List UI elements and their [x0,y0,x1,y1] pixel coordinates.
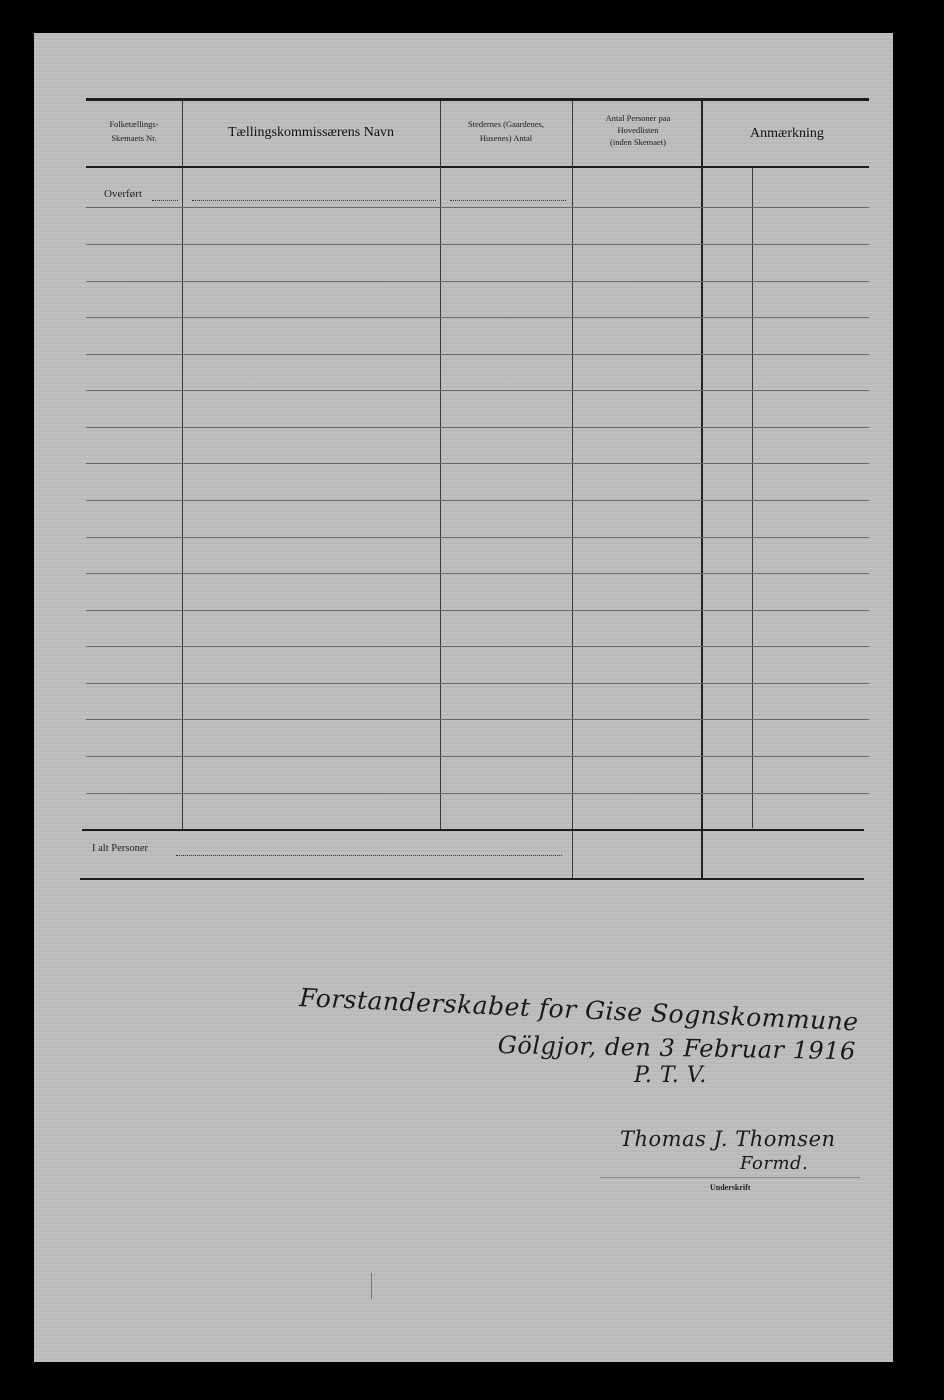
row-line [86,390,869,391]
signature-caption: Underskrift [710,1183,750,1192]
header-commissioner-name: Tællingskommissærens Navn [184,125,438,141]
header-persons-count: Antal Personer paa Hovedlisten (inden Sk… [574,112,702,148]
row-line [86,683,869,684]
dotted-leader [152,199,178,201]
signature-title: Formd. [740,1153,808,1174]
row-line [86,646,869,647]
row-line [86,537,869,538]
signature-name: Thomas J. Thomsen [620,1127,836,1151]
row-line [86,463,869,464]
handwritten-initials: P. T. V. [634,1063,707,1088]
header-skema-nr-line2: Skemaets Nr. [88,131,180,145]
header-places-count: Stedernes (Gaardenes, Husenes) Antal [442,117,570,145]
handwritten-council-line: Forstanderskabet for Gise Sognskommune [299,983,859,1036]
row-line [86,610,869,611]
top-rule [86,98,869,101]
census-form-page: Folketællings- Skemaets Nr. Tællingskomm… [34,33,893,1362]
row-label-total: I alt Personer [92,843,148,854]
col-divider-3 [572,101,573,879]
row-line [86,573,869,574]
header-remarks: Anmærkning [704,126,870,142]
dotted-leader [176,854,562,856]
row-line [86,281,869,282]
header-skema-nr: Folketællings- Skemaets Nr. [88,117,180,145]
col-divider-2 [440,101,441,831]
row-line [86,427,869,428]
signature-line [600,1177,860,1178]
header-persons-line2: Hovedlisten [574,124,702,136]
header-skema-nr-line1: Folketællings- [88,117,180,131]
handwritten-date-line: Gölgjor, den 3 Februar 1916 [498,1031,856,1065]
fold-mark [371,1273,372,1299]
row-line [86,756,869,757]
header-places-line1: Stedernes (Gaardenes, [442,117,570,131]
bottom-rule [80,878,864,880]
row-line [86,354,869,355]
row-line [86,793,869,794]
header-persons-line3: (inden Skemaet) [574,136,702,148]
col-divider-1 [182,101,183,831]
total-rule [82,829,864,831]
header-places-line2: Husenes) Antal [442,131,570,145]
header-persons-line1: Antal Personer paa [574,112,702,124]
row-line [86,719,869,720]
col-divider-remarks [752,168,753,828]
row-label-overfort: Overført [104,188,142,200]
row-line [86,244,869,245]
row-line [86,500,869,501]
col-divider-4 [701,101,703,879]
row-line [86,317,869,318]
row-line [86,207,869,208]
dotted-leader [450,199,566,201]
dotted-leader [192,199,436,201]
